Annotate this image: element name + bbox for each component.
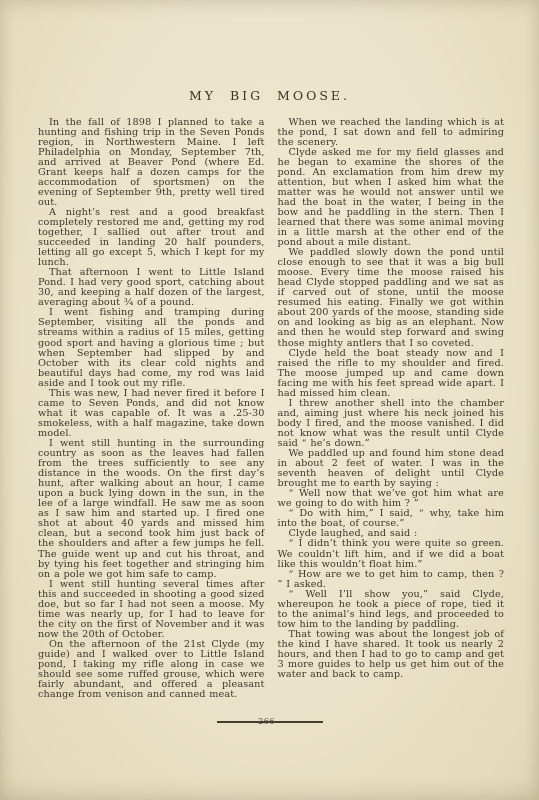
book-page: MY BIG MOOSE. In the fall of 1898 I plan… [0,0,539,800]
paragraph: “ Well I’ll show you,” said Clyde, where… [278,590,505,630]
paragraph: “ How are we to get him to camp, then ? … [278,570,505,590]
left-column: In the fall of 1898 I planned to take a … [38,118,265,701]
paragraph: Clyde asked me for my field glasses and … [278,148,505,248]
paragraph: “ Well now that we’ve got him what are w… [278,489,505,509]
paragraph: I went fishing and tramping during Septe… [38,308,265,388]
paragraph: Clyde held the boat steady now and I rai… [278,349,505,399]
paragraph: I went still hunting in the surrounding … [38,439,265,580]
paragraph: This was new, I had never fired it befor… [38,389,265,439]
paragraph: When we reached the landing which is at … [278,118,505,148]
paragraph: We paddled up and found him stone dead i… [278,449,505,489]
paragraph: I went still hunting several times after… [38,580,265,640]
paragraph: “ I didn’t think you were quite so green… [278,539,505,569]
paragraph: In the fall of 1898 I planned to take a … [38,118,265,208]
paragraph: On the afternoon of the 21st Clyde (my g… [38,640,265,700]
paragraph: That towing was about the longest job of… [278,630,505,680]
paragraph: I threw another shell into the chamber a… [278,399,505,449]
page-number: 266 [0,717,533,726]
paragraph: That afternoon I went to Little Island P… [38,268,265,308]
article-columns: In the fall of 1898 I planned to take a … [38,118,504,701]
paragraph: “ Do with him,” I said, “ why, take him … [278,509,505,529]
page-title: MY BIG MOOSE. [0,90,539,103]
paragraph: A night’s rest and a good breakfast comp… [38,208,265,268]
paragraph: We paddled slowly down the pond until cl… [278,248,505,348]
right-column: When we reached the landing which is at … [278,118,505,701]
